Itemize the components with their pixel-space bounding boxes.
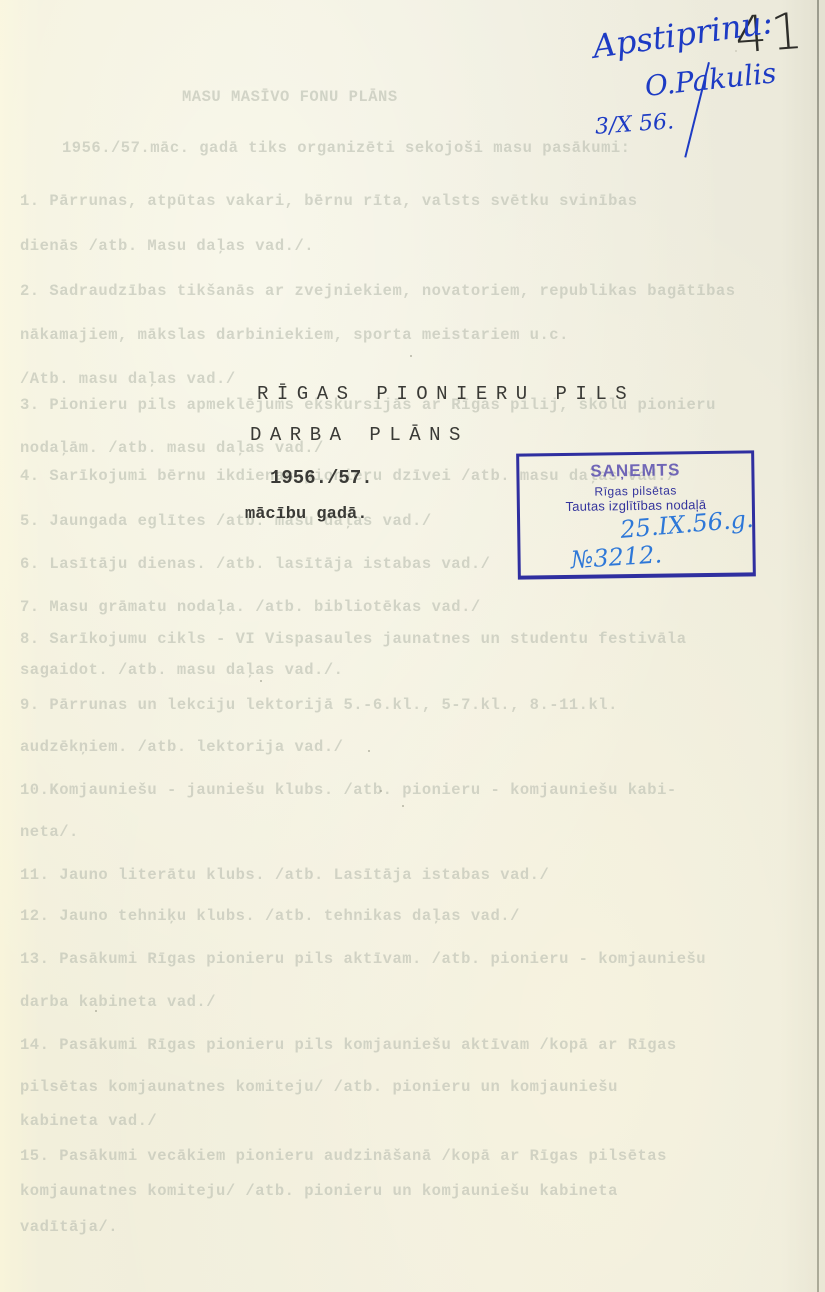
stamp-heading: SAŅEMTS <box>519 459 751 482</box>
paper-speck <box>402 805 404 807</box>
paper-speck <box>260 680 262 682</box>
page-edge <box>817 0 819 1292</box>
paper-speck <box>410 355 412 357</box>
organization-title: RĪGAS PIONIERU PILS <box>257 383 635 405</box>
paper-speck <box>380 790 382 792</box>
scanned-document-page: MASU MASĪVO FONU PLĀNS 1956./57.māc. gad… <box>0 0 825 1292</box>
title-block: RĪGAS PIONIERU PILS DARBA PLĀNS 1956./57… <box>0 0 825 1292</box>
academic-year: 1956./57. <box>270 467 373 489</box>
plan-title: DARBA PLĀNS <box>250 424 469 446</box>
paper-speck <box>735 50 737 52</box>
paper-speck <box>368 750 370 752</box>
paper-speck <box>95 1010 97 1012</box>
received-stamp: SAŅEMTS Rīgas pilsētas Tautas izglītības… <box>516 450 756 579</box>
study-year-label: mācību gadā. <box>245 505 367 524</box>
stamp-number: №3212. <box>570 540 663 574</box>
